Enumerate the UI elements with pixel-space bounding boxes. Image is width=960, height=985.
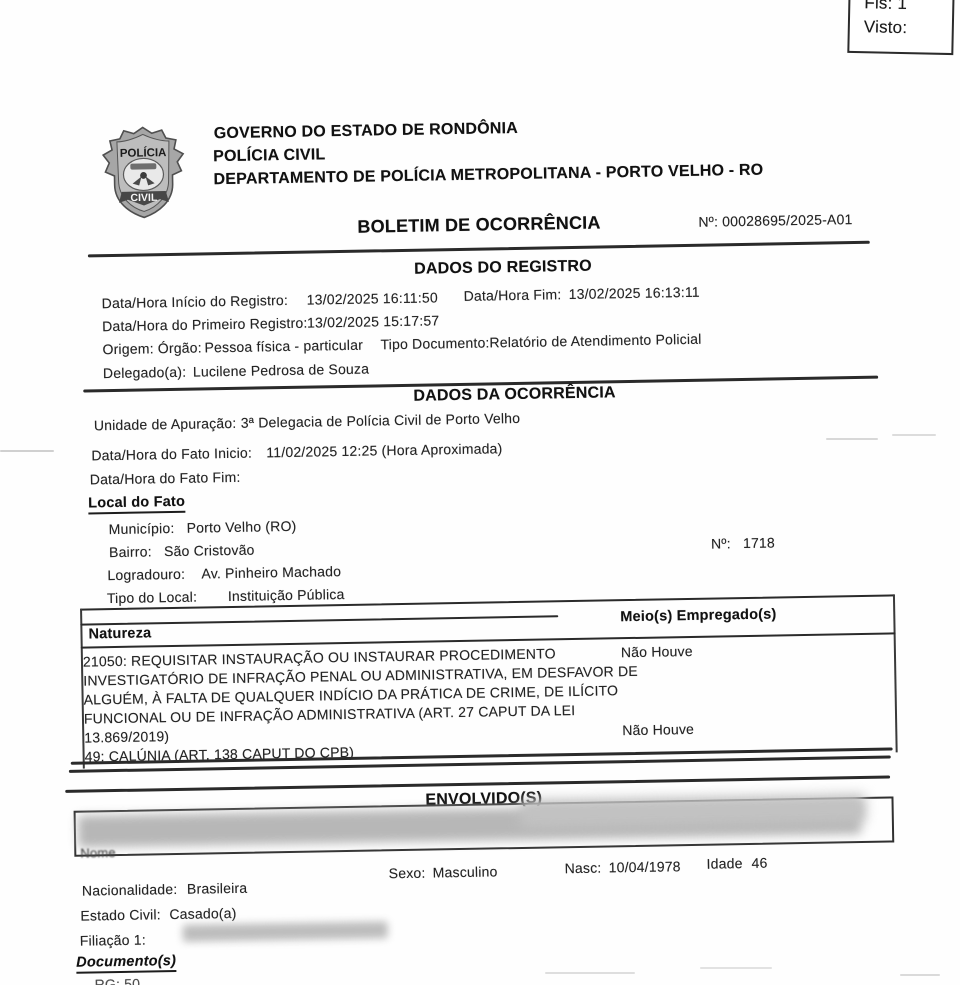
documentos-heading: Documento(s)	[76, 953, 176, 974]
bairro-value: São Cristovão	[164, 542, 255, 560]
report-title: BOLETIM DE OCORRÊNCIA	[357, 212, 601, 237]
natureza-row-1: 21050: REQUISITAR INSTAURAÇÃO OU INSTAUR…	[83, 643, 650, 748]
report-number-label: Nº:	[698, 213, 718, 229]
fato-inicio-value: 11/02/2025 12:25 (Hora Aproximada)	[266, 440, 502, 460]
tipo-local-value: Instituição Pública	[228, 586, 345, 604]
registro-fim-label: Data/Hora Fim:	[464, 286, 562, 304]
fato-inicio-label: Data/Hora do Fato Inicio:	[91, 445, 252, 464]
registro-delegado-value: Lucilene Pedrosa de Souza	[193, 361, 369, 380]
registro-primeiro-value: 13/02/2025 15:17:57	[307, 312, 440, 330]
logradouro-label: Logradouro:	[107, 566, 185, 583]
nome-label: Nome	[80, 845, 116, 861]
nacionalidade-label: Nacionalidade:	[82, 881, 178, 899]
table-border-right	[893, 594, 898, 752]
local-fato-heading: Local do Fato	[88, 494, 185, 515]
municipio-label: Município:	[109, 520, 175, 537]
documento-partial-line: RG: 50...	[94, 975, 152, 985]
idade-label: Idade	[706, 855, 742, 872]
policia-civil-badge-icon: POLÍCIA CIVIL	[99, 125, 189, 221]
report-number-value: 00028695/2025-A01	[722, 211, 853, 229]
letterhead-line1: GOVERNO DO ESTADO DE RONDÔNIA	[214, 120, 518, 143]
ocorrencia-heading: DADOS DA OCORRÊNCIA	[413, 384, 616, 406]
redacted-filiacao-bar	[183, 921, 388, 942]
badge-civil-label: CIVIL	[130, 192, 158, 204]
registro-origem-label: Origem: Órgão:	[102, 339, 202, 357]
meio-row-2: Não Houve	[622, 721, 694, 738]
registro-heading: DADOS DO REGISTRO	[414, 258, 592, 279]
municipio-value: Porto Velho (RO)	[187, 518, 297, 536]
scanned-police-report: Fls: 1 Visto: POLÍCIA CIVIL GOVERNO DO E…	[0, 0, 960, 985]
idade-value: 46	[751, 855, 767, 871]
badge-policia-label: POLÍCIA	[120, 146, 167, 160]
document-body: POLÍCIA CIVIL GOVERNO DO ESTADO DE RONDÔ…	[0, 0, 960, 985]
report-number: Nº: 00028695/2025-A01	[698, 211, 852, 230]
unidade-value: 3ª Delegacia de Polícia Civil de Porto V…	[241, 410, 521, 431]
nasc-value: 10/04/1978	[609, 858, 681, 875]
col-natureza-header: Natureza	[88, 625, 151, 642]
nasc-label: Nasc:	[565, 860, 602, 877]
meio-row-1: Não Houve	[621, 643, 693, 660]
natureza-header-line	[80, 615, 558, 625]
fato-fim-label: Data/Hora do Fato Fim:	[90, 469, 241, 488]
registro-tipodoc-value: Relatório de Atendimento Policial	[489, 331, 701, 351]
bairro-label: Bairro:	[109, 543, 152, 560]
registro-origem-value: Pessoa física - particular	[204, 337, 363, 356]
estado-civil-value: Casado(a)	[169, 905, 236, 922]
letterhead-line3: DEPARTAMENTO DE POLÍCIA METROPOLITANA - …	[213, 162, 763, 190]
logradouro-value: Av. Pinheiro Machado	[201, 563, 341, 581]
numero-value: 1718	[743, 534, 775, 551]
tipo-local-label: Tipo do Local:	[107, 589, 197, 607]
numero-label: Nº:	[711, 535, 731, 551]
registro-primeiro-label: Data/Hora do Primeiro Registro:	[102, 315, 308, 335]
registro-tipodoc-label: Tipo Documento:	[380, 334, 489, 352]
registro-inicio-label: Data/Hora Início do Registro:	[102, 292, 289, 311]
letterhead-line2: POLÍCIA CIVIL	[213, 146, 326, 166]
divider	[88, 241, 870, 258]
filiacao-label: Filiação 1:	[80, 932, 146, 949]
registro-fim-value: 13/02/2025 16:13:11	[568, 284, 699, 302]
registro-delegado-label: Delegado(a):	[103, 364, 187, 381]
estado-civil-label: Estado Civil:	[80, 906, 161, 923]
scan-artifact	[900, 974, 940, 976]
unidade-label: Unidade de Apuração:	[94, 415, 237, 433]
registro-inicio-value: 13/02/2025 16:11:50	[307, 289, 438, 307]
sexo-label: Sexo:	[389, 865, 426, 882]
nacionalidade-value: Brasileira	[187, 880, 248, 897]
sexo-value: Masculino	[433, 863, 498, 880]
col-meios-header: Meio(s) Empregado(s)	[620, 606, 777, 625]
